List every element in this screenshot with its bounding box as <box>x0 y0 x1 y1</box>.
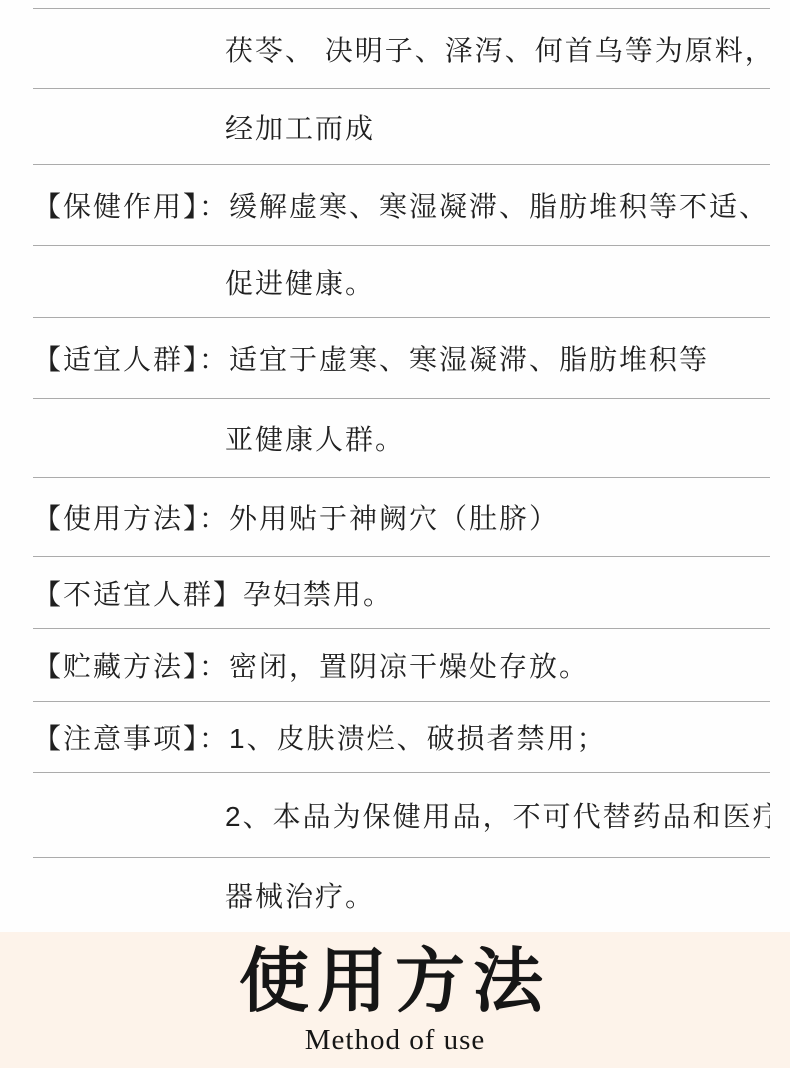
info-row-label: 【使用方法】： <box>33 497 229 537</box>
info-row-label: 【贮藏方法】： <box>33 645 229 685</box>
info-row-text: 孕妇禁用。 <box>243 573 770 613</box>
info-row-text: 2、本品为保健用品，不可代替药品和医疗 <box>225 795 770 835</box>
info-row-precautions-cont-2: 器械治疗。 <box>33 857 770 932</box>
info-row-text: 1、皮肤溃烂、破损者禁用； <box>229 717 770 757</box>
info-row-text: 器械治疗。 <box>225 875 770 915</box>
info-row-precautions: 【注意事项】： 1、皮肤溃烂、破损者禁用； <box>33 701 770 772</box>
info-row-text: 经加工而成 <box>225 107 770 147</box>
info-row-suitable-people-cont: 亚健康人群。 <box>33 398 770 477</box>
info-row-text: 外用贴于神阙穴（肚脐） <box>229 497 770 537</box>
usage-section-title: 使用方法 <box>0 932 790 1018</box>
info-row-text: 茯苓、 决明子、泽泻、何首乌等为原料， <box>225 29 770 69</box>
info-row-text: 促进健康。 <box>225 262 770 302</box>
usage-section-header: 使用方法 Method of use <box>0 932 790 1068</box>
info-row-usage-method: 【使用方法】： 外用贴于神阙穴（肚脐） <box>33 477 770 556</box>
usage-section-subtitle: Method of use <box>0 1024 790 1057</box>
info-row-text: 适宜于虚寒、寒湿凝滞、脂肪堆积等 <box>229 338 770 378</box>
info-row-label: 【不适宜人群】 <box>33 573 243 613</box>
info-row-precautions-cont-1: 2、本品为保健用品，不可代替药品和医疗 <box>33 772 770 857</box>
info-row-label: 【注意事项】： <box>33 717 229 757</box>
info-row-unsuitable-people: 【不适宜人群】 孕妇禁用。 <box>33 556 770 628</box>
info-row-text: 亚健康人群。 <box>225 418 770 458</box>
info-row-ingredients-cont-2: 经加工而成 <box>33 88 770 164</box>
info-row-health-function-cont: 促进健康。 <box>33 245 770 317</box>
info-row-label: 【保健作用】： <box>33 185 229 225</box>
info-row-label: 【适宜人群】： <box>33 338 229 378</box>
product-info-list: 茯苓、 决明子、泽泻、何首乌等为原料， 经加工而成 【保健作用】： 缓解虚寒、寒… <box>33 8 770 932</box>
info-row-suitable-people: 【适宜人群】： 适宜于虚寒、寒湿凝滞、脂肪堆积等 <box>33 317 770 398</box>
info-row-ingredients-cont-1: 茯苓、 决明子、泽泻、何首乌等为原料， <box>33 8 770 88</box>
info-row-text: 密闭，置阴凉干燥处存放。 <box>229 645 770 685</box>
info-row-text: 缓解虚寒、寒湿凝滞、脂肪堆积等不适、 <box>229 185 770 225</box>
info-row-health-function: 【保健作用】： 缓解虚寒、寒湿凝滞、脂肪堆积等不适、 <box>33 164 770 245</box>
info-row-storage-method: 【贮藏方法】： 密闭，置阴凉干燥处存放。 <box>33 628 770 701</box>
